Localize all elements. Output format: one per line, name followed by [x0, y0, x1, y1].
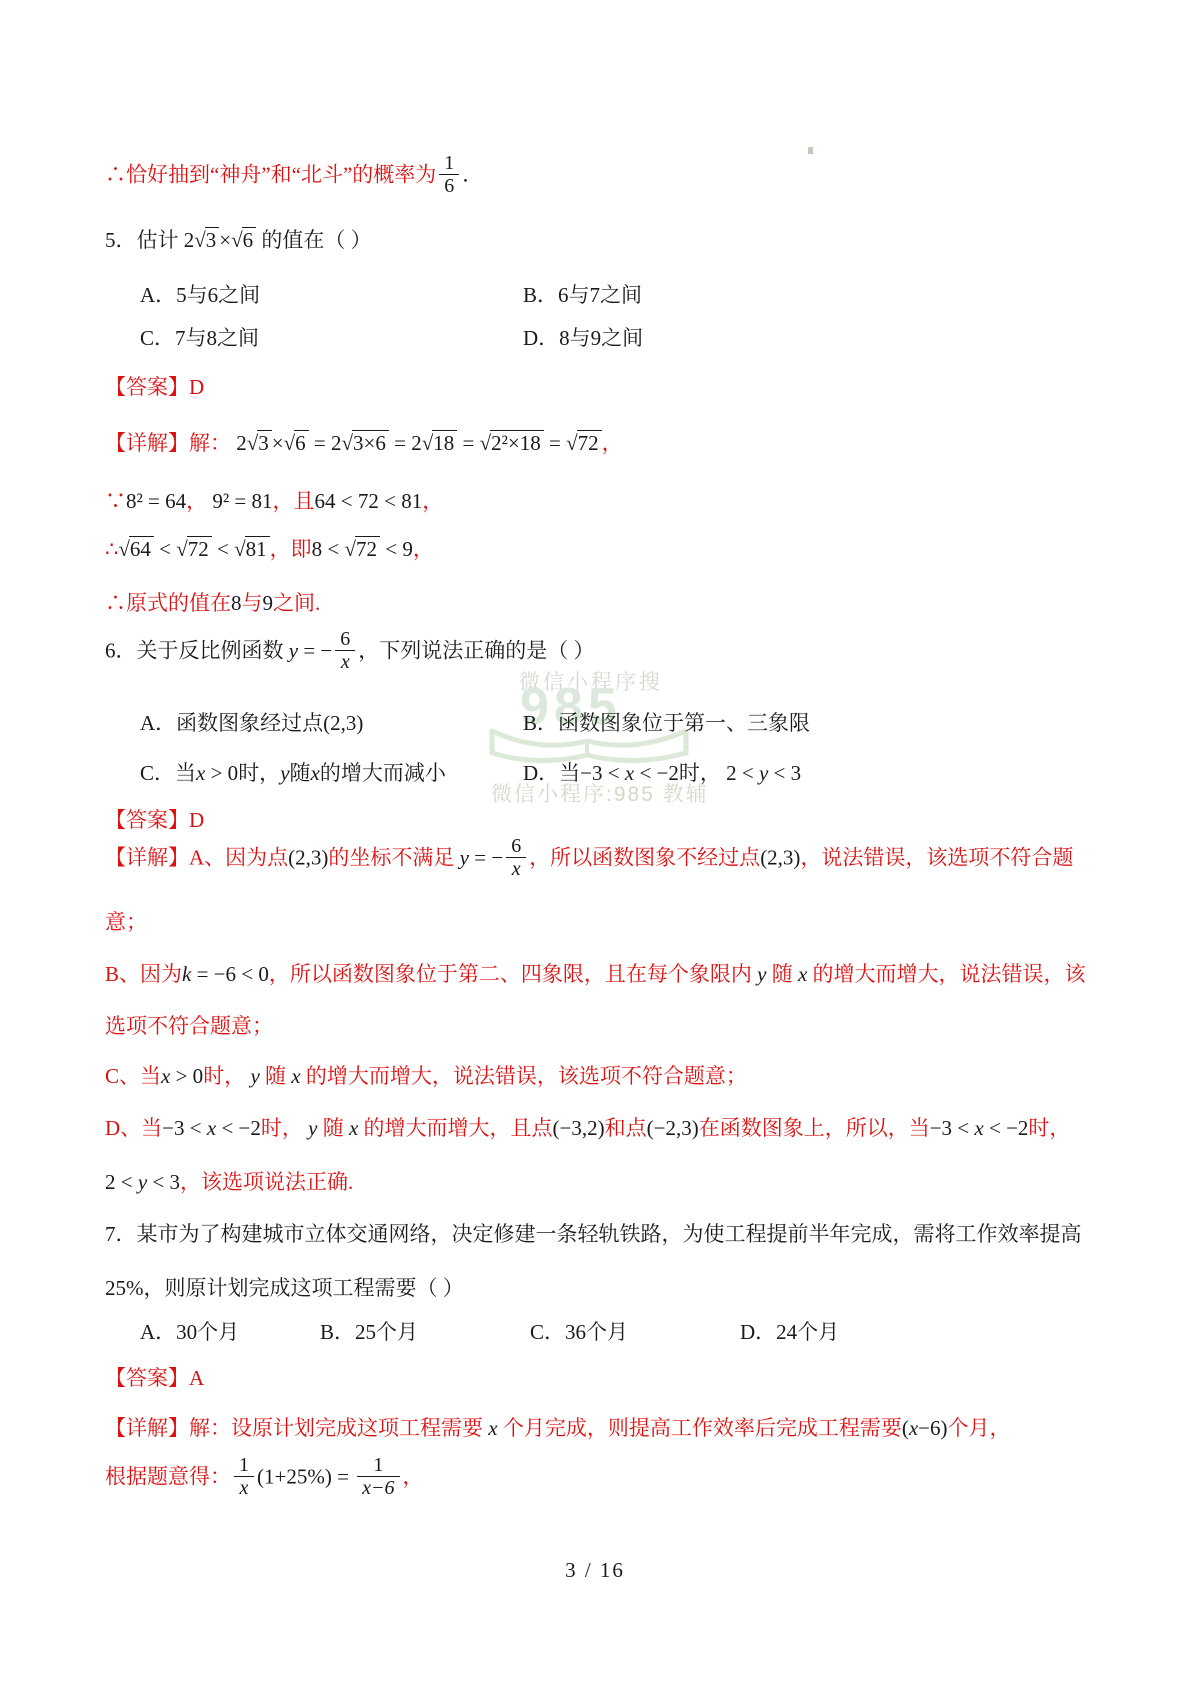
q6-stem: 6．关于反比例函数 y = −6x，下列说法正确的是（ ）	[105, 630, 595, 676]
q5-solution-because: ∵8² = 64， 9² = 81，且64 < 72 < 81，	[105, 486, 443, 516]
q5-option-c: C．7与8之间	[140, 323, 259, 353]
q6-solution-b: B、因为k = −6 < 0，所以函数图象位于第二、四象限，且在每个象限内 y …	[105, 959, 1086, 989]
q5-stem: 5．估计 2√3×√6 的值在（ ）	[105, 225, 372, 255]
q5-option-a: A．5与6之间	[140, 280, 260, 310]
page-footer: 3 / 16	[0, 1558, 1190, 1583]
math-sqrt: √3	[247, 430, 272, 455]
q7-answer: 【答案】A	[105, 1363, 204, 1393]
math-sqrt: √72	[566, 430, 602, 455]
math-sqrt: √6	[231, 227, 256, 252]
math-sqrt: √72	[176, 536, 212, 561]
math-sqrt: √64	[118, 536, 154, 561]
q6-solution-c: C、当x > 0时， y 随 x 的增大而增大，说法错误，该选项不符合题意；	[105, 1061, 747, 1091]
q7-solution-equation: 根据题意得：1x(1+25%) = 1x−6，	[105, 1456, 424, 1502]
math-fraction: 1x	[234, 1454, 254, 1500]
q5-solution-step1: 【详解】解： 2√3×√6 = 2√3×6 = 2√18 = √2²×18 = …	[105, 428, 623, 458]
q6-answer: 【答案】D	[105, 805, 204, 835]
q6-option-a: A．函数图象经过点(2,3)	[140, 708, 363, 738]
math-sqrt: √81	[234, 536, 270, 561]
q6-solution-d-cont: 2 < y < 3，该选项说法正确.	[105, 1167, 353, 1197]
q5-solution-therefore: ∴√64 < √72 < √81，即8 < √72 < 9，	[105, 534, 434, 564]
math-fraction: 16	[439, 152, 459, 198]
q6-solution-a-cont: 意；	[105, 907, 147, 937]
q7-solution-setup: 【详解】解：设原计划完成这项工程需要 x 个月完成，则提高工作效率后完成工程需要…	[105, 1413, 1011, 1443]
q5-conclusion: ∴原式的值在8与9之间.	[105, 588, 320, 618]
q7-option-b: B．25个月	[320, 1317, 418, 1347]
math-fraction: 6x	[335, 628, 355, 674]
q4-conclusion-probability: ∴恰好抽到“神舟”和“北斗”的概率为16．	[105, 154, 483, 200]
math-sqrt: √6	[284, 430, 309, 455]
math-sqrt: √72	[345, 536, 381, 561]
math-sqrt: √3	[194, 227, 219, 252]
q6-solution-b-cont: 选项不符合题意；	[105, 1011, 273, 1041]
q7-option-a: A．30个月	[140, 1317, 239, 1347]
document-page: 微信小程序搜 985 微信小程序:985 教辅 3 / 16 ∴恰好抽到“神舟”…	[0, 0, 1190, 1683]
math-sqrt: √18	[422, 430, 458, 455]
math-fraction: 6x	[506, 835, 526, 881]
q5-option-d: D．8与9之间	[523, 323, 643, 353]
q7-stem-line2: 25%，则原计划完成这项工程需要（ ）	[105, 1273, 464, 1303]
math-sqrt: √3×6	[342, 430, 389, 455]
q5-answer: 【答案】D	[105, 372, 204, 402]
scan-artifact-dot	[808, 147, 813, 154]
q7-stem-line1: 7．某市为了构建城市立体交通网络，决定修建一条轻轨铁路，为使工程提前半年完成，需…	[105, 1219, 1082, 1249]
q6-option-d: D．当−3 < x < −2时， 2 < y < 3	[523, 758, 801, 788]
q6-option-b: B．函数图象位于第一、三象限	[523, 708, 810, 738]
q6-solution-d: D、当−3 < x < −2时， y 随 x 的增大而增大，且点(−3,2)和点…	[105, 1113, 1070, 1143]
math-fraction: 1x−6	[357, 1454, 399, 1500]
q7-option-c: C．36个月	[530, 1317, 628, 1347]
q7-option-d: D．24个月	[740, 1317, 839, 1347]
q6-solution-a: 【详解】A、因为点(2,3)的坐标不满足 y = −6x，所以函数图象不经过点(…	[105, 837, 1073, 883]
math-sqrt: √2²×18	[480, 430, 544, 455]
q6-option-c: C．当x > 0时，y随x的增大而减小	[140, 758, 446, 788]
q5-option-b: B．6与7之间	[523, 280, 642, 310]
